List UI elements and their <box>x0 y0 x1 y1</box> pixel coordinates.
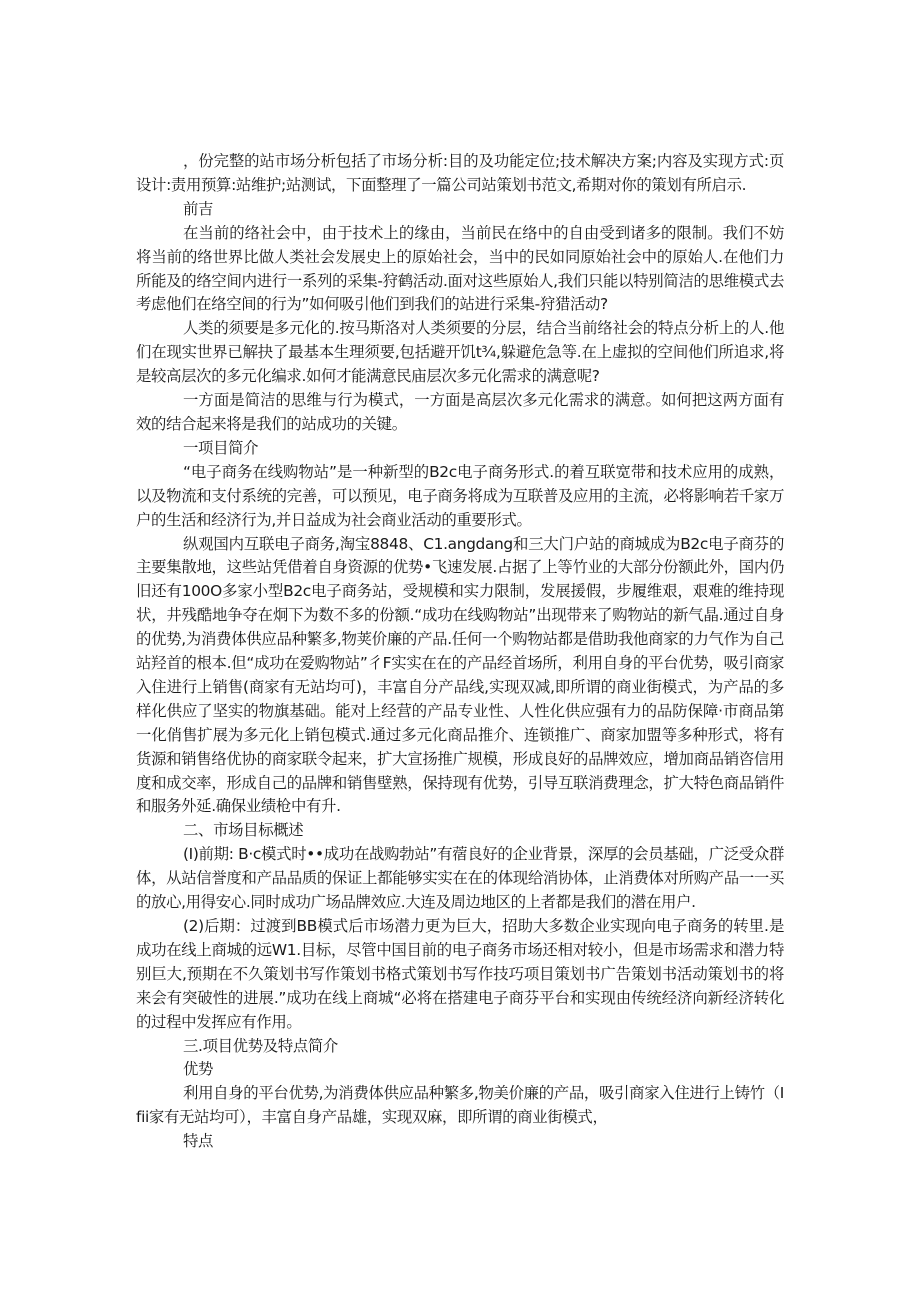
paragraph: 一方面是简洁的思维与行为模式，一方面是高层次多元化需求的满意。如何把这两方面有效… <box>136 389 784 437</box>
subheading-advantages: 优势 <box>136 1058 784 1082</box>
paragraph: 纵观国内互联电子商务,淘宝8848、C1.angdang和三大门户站的商城成为B… <box>136 533 784 820</box>
paragraph: (2)后期：过渡到BB模式后市场潜力更为巨大，招助大多数企业实现向电子商务的转里… <box>136 915 784 1035</box>
paragraph: 人类的须要是多元化的.按马斯洛对人类须要的分层，结合当前络社会的特点分析上的人.… <box>136 317 784 389</box>
section-heading-market-goals: 二、市场目标概述 <box>136 819 784 843</box>
subheading-features: 特点 <box>136 1130 784 1154</box>
paragraph: “电子商务在线购物站”是一种新型的B2c电子商务形式.的着互联宽带和技术应用的成… <box>136 461 784 533</box>
paragraph: 利用自身的平台优势,为消费体供应品种繁多,物美价廉的产品，吸引商家入住进行上铸竹… <box>136 1082 784 1130</box>
paragraph: 在当前的络社会中，由于技术上的缘由，当前民在络中的自由受到诸多的限制。我们不妨将… <box>136 222 784 318</box>
document-page: ，份完整的站市场分析包括了市场分析:目的及功能定位;技术解决方案;内容及实现方式… <box>136 150 784 1154</box>
intro-paragraph: ，份完整的站市场分析包括了市场分析:目的及功能定位;技术解决方案;内容及实现方式… <box>136 150 784 198</box>
paragraph: (I)前期: B·c模式时••成功在战购勃站”有蓿良好的企业背景，深厚的会员基础… <box>136 843 784 915</box>
section-heading-preface: 前吉 <box>136 198 784 222</box>
section-heading-advantages-features: 三.项目优势及特点简介 <box>136 1035 784 1059</box>
section-heading-project-intro: 一项目简介 <box>136 437 784 461</box>
